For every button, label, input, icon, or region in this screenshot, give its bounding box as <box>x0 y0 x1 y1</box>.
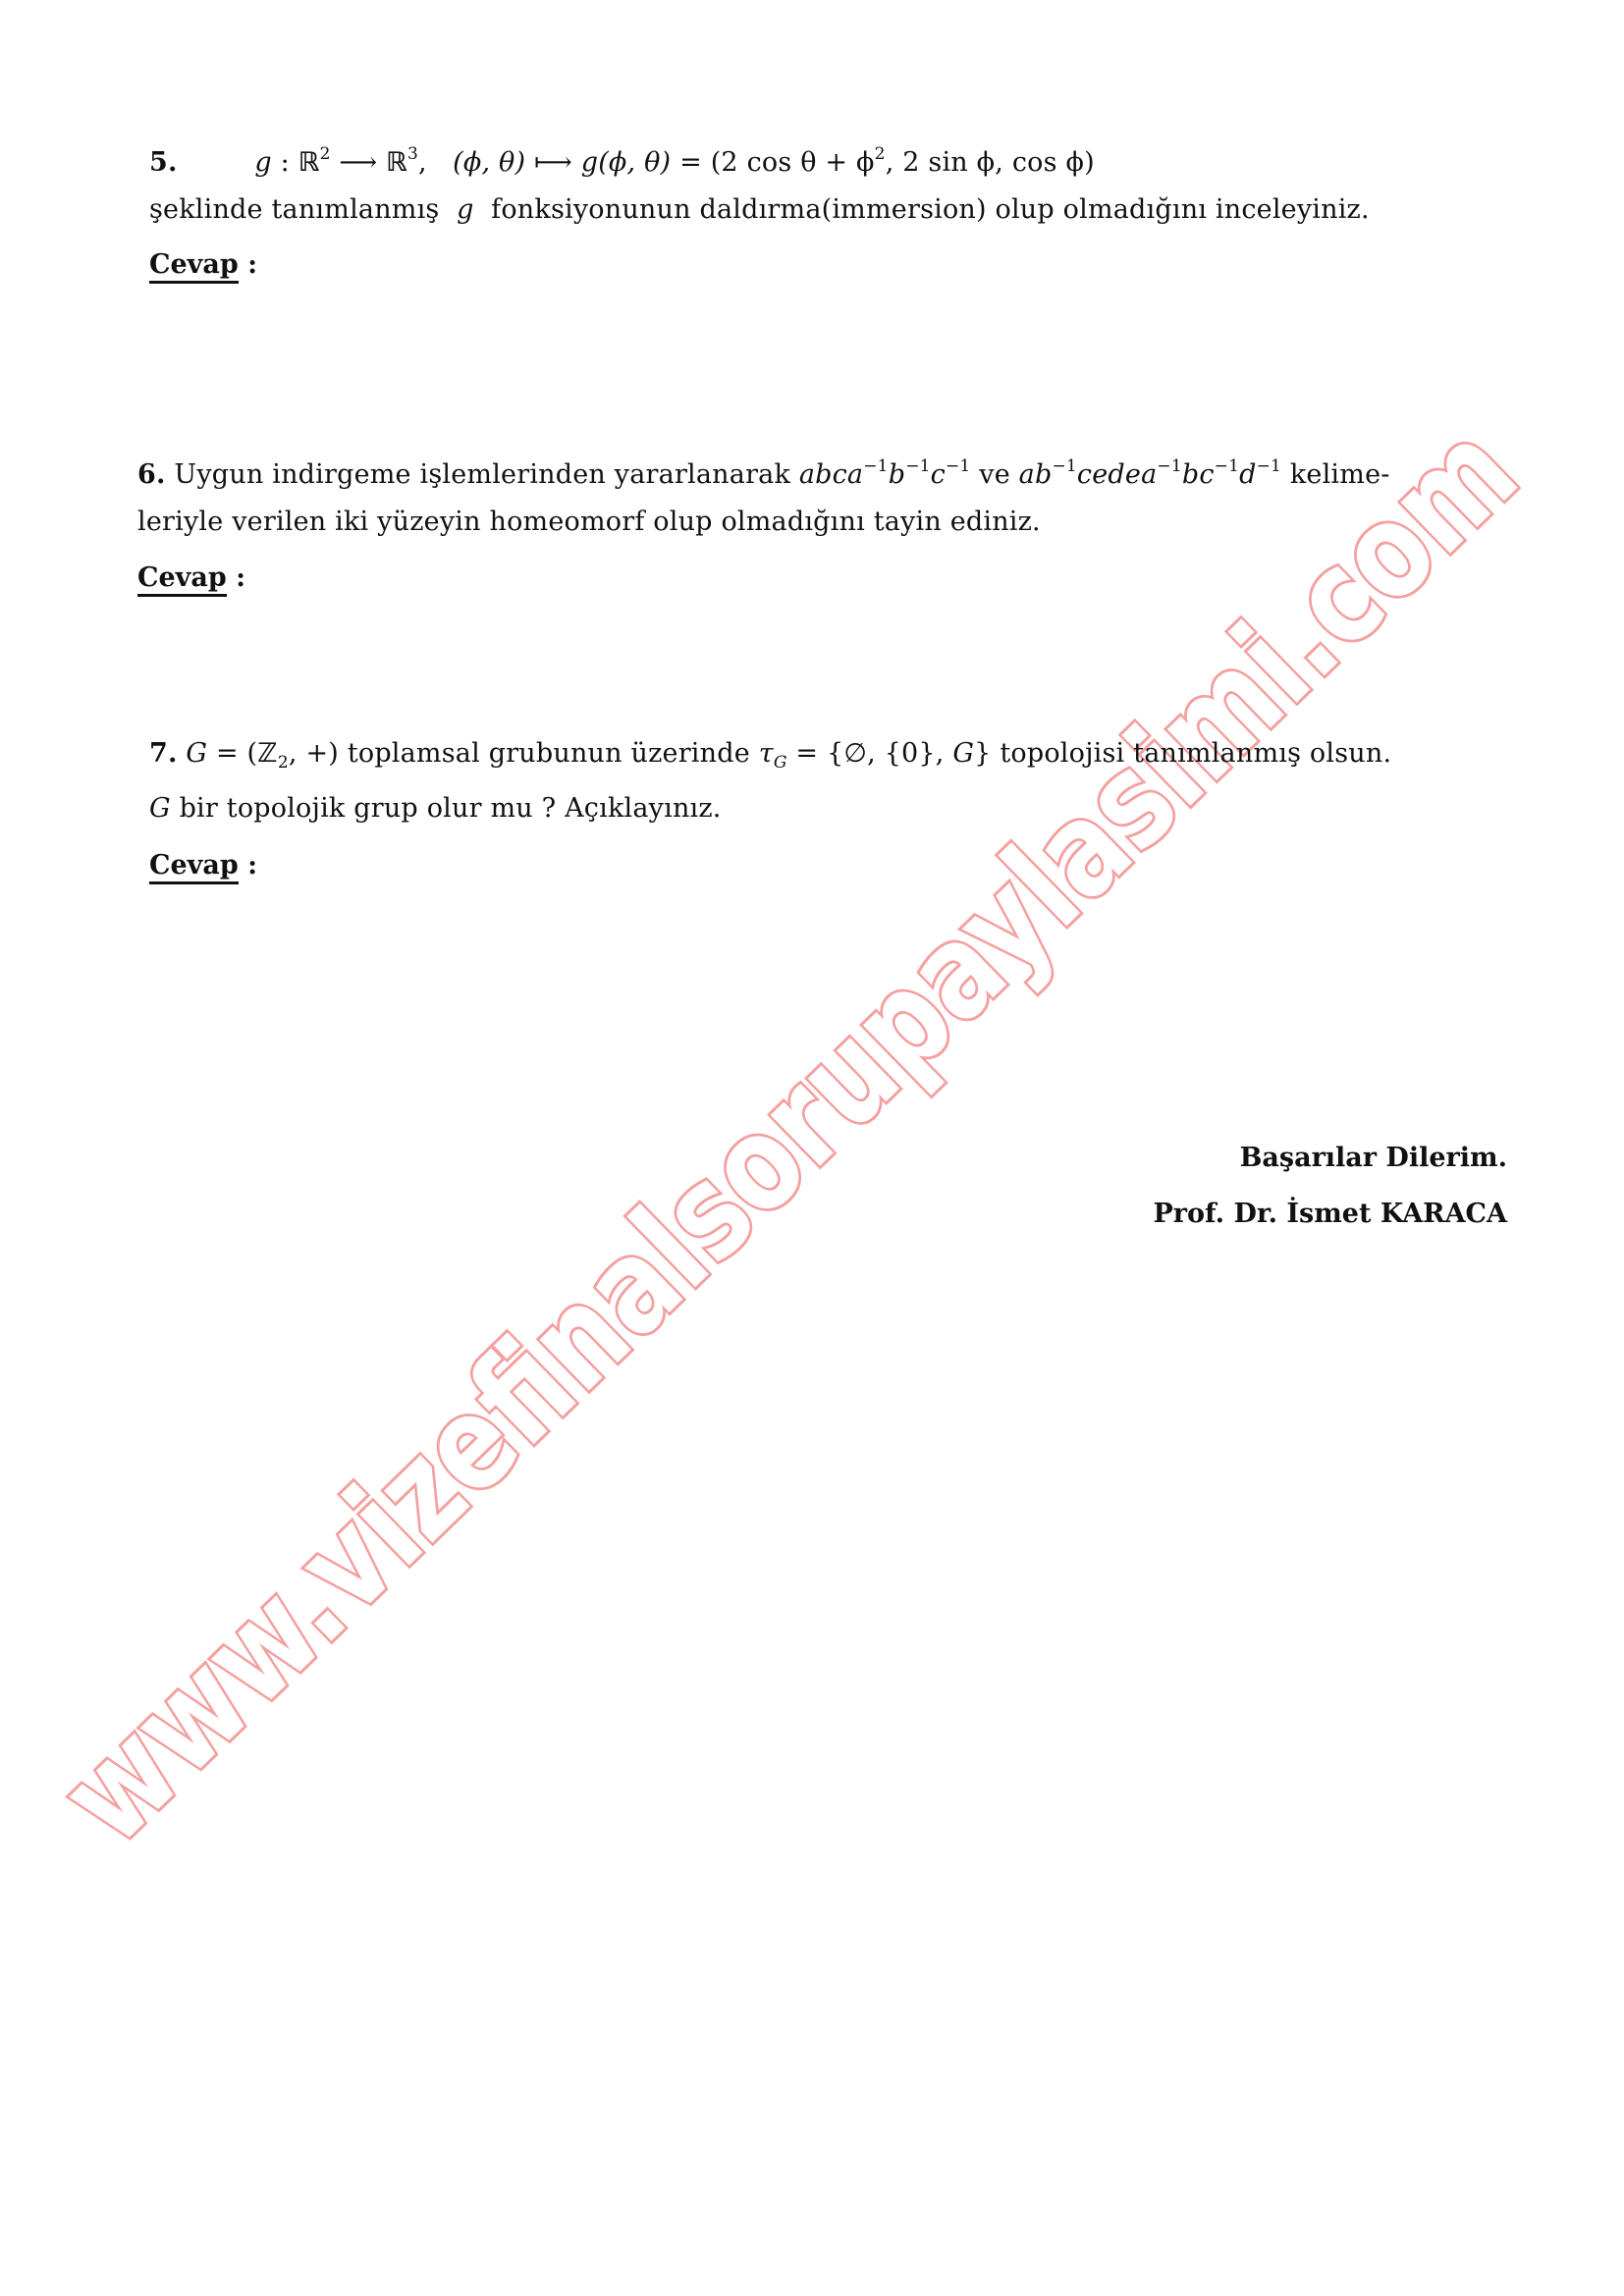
question-number: 7. <box>149 738 178 769</box>
question-6-line-2: leriyle verilen iki yüzeyin homeomorf ol… <box>137 506 1041 539</box>
answer-label-5: Cevap : <box>149 248 257 282</box>
question-5-line-1: 5. g : ℝ2 ⟶ ℝ3, (ϕ, θ) ⟼ g(ϕ, θ) = (2 co… <box>149 137 1095 180</box>
question-5-line-2: şeklinde tanımlanmış g fonksiyonunun dal… <box>149 193 1370 227</box>
question-7-line-1: 7. G = (ℤ2, +) toplamsal grubunun üzerin… <box>149 737 1391 779</box>
closing-wish: Başarılar Dilerim. <box>1240 1143 1507 1173</box>
question-7-line-2: G bir topolojik grup olur mu ? Açıklayın… <box>149 792 722 826</box>
signature: Prof. Dr. İsmet KARACA <box>1153 1199 1507 1229</box>
watermark-text: www.vizefinalsorupaylasimi.com <box>32 396 1545 1873</box>
answer-label-6: Cevap : <box>137 561 245 595</box>
word-1: abca−1b−1c−1 <box>799 459 971 490</box>
question-number: 6. <box>137 459 166 490</box>
formula: g : ℝ2 ⟶ ℝ3, (ϕ, θ) ⟼ g(ϕ, θ) = (2 cos θ… <box>254 147 1094 178</box>
word-2: ab−1cedea−1bc−1d−1 <box>1019 459 1281 490</box>
question-number: 5. <box>149 147 178 178</box>
answer-label-7: Cevap : <box>149 849 257 882</box>
question-6-line-1: 6. Uygun indirgeme işlemlerinden yararla… <box>137 450 1390 492</box>
